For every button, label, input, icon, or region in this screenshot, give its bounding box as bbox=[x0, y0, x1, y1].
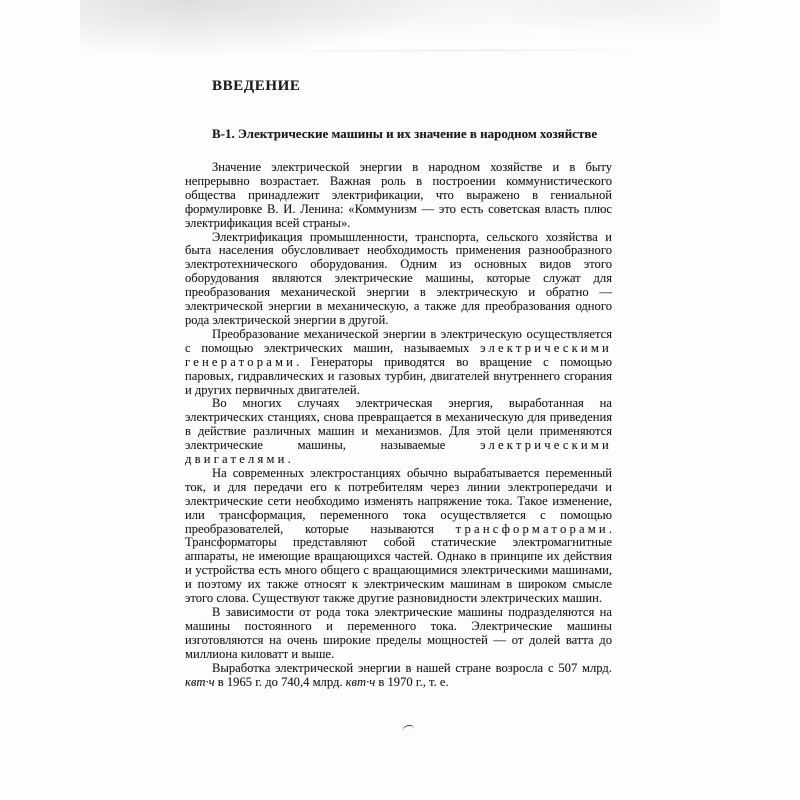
emphasis-italic: квт·ч bbox=[346, 675, 376, 689]
scan-artifact-mark bbox=[402, 724, 415, 731]
text-run: в 1970 г., т. е. bbox=[375, 675, 448, 689]
paragraph-7: Выработка электрической энергии в нашей … bbox=[185, 662, 612, 690]
paragraph-3: Преобразование механической энергии в эл… bbox=[185, 328, 612, 398]
paragraph-4: Во многих случаях электрическая энергия,… bbox=[185, 397, 612, 467]
scanned-book-page: ВВЕДЕНИЕ В-1. Электрические машины и их … bbox=[0, 0, 800, 800]
body-text: Значение электрической энергии в народно… bbox=[185, 161, 612, 689]
section-heading: В-1. Электрические машины и их значение … bbox=[212, 127, 612, 141]
paragraph-1: Значение электрической энергии в народно… bbox=[185, 161, 612, 231]
page-content: ВВЕДЕНИЕ В-1. Электрические машины и их … bbox=[185, 78, 612, 689]
text-run: в 1965 г. до 740,4 млрд. bbox=[215, 675, 346, 689]
text-run: . bbox=[288, 452, 291, 466]
text-run: Электрификация промышленности, транспорт… bbox=[185, 230, 612, 327]
emphasis-italic: квт·ч bbox=[185, 675, 215, 689]
paragraph-6: В зависимости от рода тока электрические… bbox=[185, 606, 612, 662]
emphasis-letterspaced: трансформаторами bbox=[456, 522, 609, 536]
paragraph-5: На современных электростанциях обычно вы… bbox=[185, 467, 612, 606]
page-title: ВВЕДЕНИЕ bbox=[212, 78, 612, 94]
paragraph-2: Электрификация промышленности, транспорт… bbox=[185, 231, 612, 328]
text-run: Выработка электрической энергии в нашей … bbox=[212, 661, 612, 675]
text-run: Значение электрической энергии в народно… bbox=[185, 160, 612, 230]
page-edge-line bbox=[272, 49, 648, 52]
text-run: В зависимости от рода тока электрические… bbox=[185, 605, 612, 661]
scan-shadow-top bbox=[80, 0, 720, 66]
